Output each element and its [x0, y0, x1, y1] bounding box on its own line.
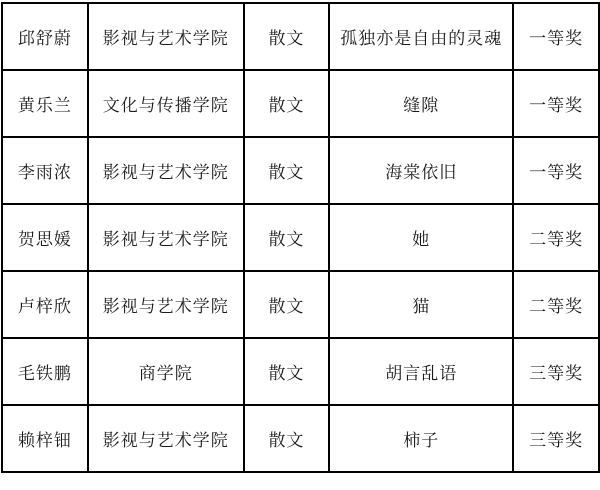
cell-name: 贺思媛: [2, 204, 88, 271]
cell-title: 猫: [329, 271, 513, 338]
cell-name: 李雨浓: [2, 137, 88, 204]
cell-college: 影视与艺术学院: [88, 405, 244, 472]
cell-genre: 散文: [244, 405, 330, 472]
cell-name: 黄乐兰: [2, 70, 88, 137]
cell-college: 影视与艺术学院: [88, 137, 244, 204]
cell-genre: 散文: [244, 338, 330, 405]
cell-title: 孤独亦是自由的灵魂: [329, 3, 513, 70]
cell-name: 赖梓钿: [2, 405, 88, 472]
cell-genre: 散文: [244, 70, 330, 137]
cell-title: 柿子: [329, 405, 513, 472]
awards-table-body: 邱舒蔚 影视与艺术学院 散文 孤独亦是自由的灵魂 一等奖 黄乐兰 文化与传播学院…: [2, 3, 599, 472]
table-row: 邱舒蔚 影视与艺术学院 散文 孤独亦是自由的灵魂 一等奖: [2, 3, 599, 70]
table-row: 赖梓钿 影视与艺术学院 散文 柿子 三等奖: [2, 405, 599, 472]
cell-award: 一等奖: [513, 137, 599, 204]
cell-name: 毛铁鹏: [2, 338, 88, 405]
table-row: 卢梓欣 影视与艺术学院 散文 猫 二等奖: [2, 271, 599, 338]
cell-award: 一等奖: [513, 70, 599, 137]
cell-title: 海棠依旧: [329, 137, 513, 204]
cell-award: 一等奖: [513, 3, 599, 70]
cell-college: 影视与艺术学院: [88, 271, 244, 338]
cell-title: 胡言乱语: [329, 338, 513, 405]
cell-genre: 散文: [244, 204, 330, 271]
cell-college: 文化与传播学院: [88, 70, 244, 137]
cell-title: 她: [329, 204, 513, 271]
cell-genre: 散文: [244, 271, 330, 338]
cell-award: 三等奖: [513, 338, 599, 405]
table-row: 毛铁鹏 商学院 散文 胡言乱语 三等奖: [2, 338, 599, 405]
table-row: 李雨浓 影视与艺术学院 散文 海棠依旧 一等奖: [2, 137, 599, 204]
awards-table: 邱舒蔚 影视与艺术学院 散文 孤独亦是自由的灵魂 一等奖 黄乐兰 文化与传播学院…: [1, 2, 600, 473]
cell-award: 二等奖: [513, 271, 599, 338]
cell-title: 缝隙: [329, 70, 513, 137]
table-row: 黄乐兰 文化与传播学院 散文 缝隙 一等奖: [2, 70, 599, 137]
cell-award: 二等奖: [513, 204, 599, 271]
cell-award: 三等奖: [513, 405, 599, 472]
cell-name: 卢梓欣: [2, 271, 88, 338]
table-row: 贺思媛 影视与艺术学院 散文 她 二等奖: [2, 204, 599, 271]
cell-name: 邱舒蔚: [2, 3, 88, 70]
cell-college: 商学院: [88, 338, 244, 405]
cell-college: 影视与艺术学院: [88, 204, 244, 271]
cell-genre: 散文: [244, 3, 330, 70]
cell-college: 影视与艺术学院: [88, 3, 244, 70]
cell-genre: 散文: [244, 137, 330, 204]
